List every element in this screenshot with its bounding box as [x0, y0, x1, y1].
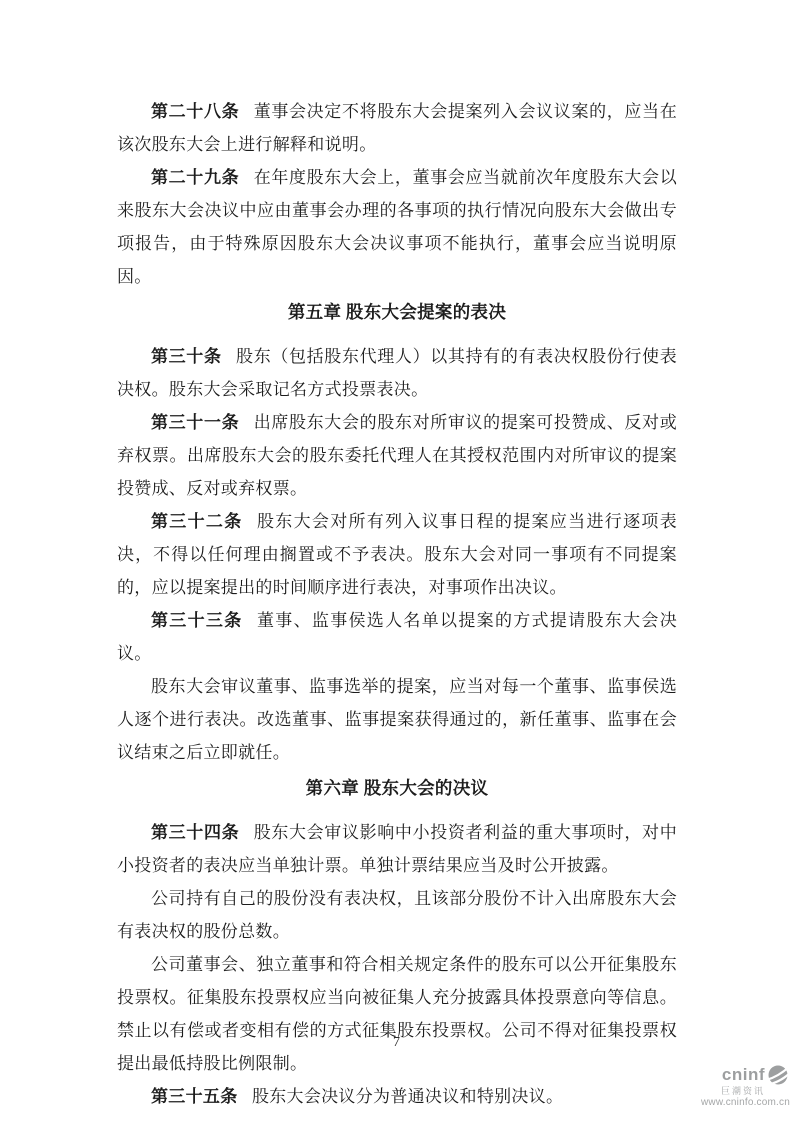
document-page: { "document": { "blocks": [ { "type": "a… [0, 0, 793, 1122]
cninfo-logo-icon [766, 1064, 790, 1086]
article-number: 第二十九条 [151, 168, 239, 187]
article-paragraph: 第三十条股东（包括股东代理人）以其持有的有表决权股份行使表决权。股东大会采取记名… [117, 340, 677, 406]
cninfo-logo: cninf 巨潮资讯 www.cninfo.com.cn [698, 1064, 790, 1109]
article-number: 第三十四条 [151, 823, 239, 842]
article-number: 第三十二条 [151, 512, 243, 531]
article-paragraph: 第二十九条在年度股东大会上，董事会应当就前次年度股东大会以来股东大会决议中应由董… [117, 161, 677, 293]
article-number: 第三十一条 [151, 413, 239, 432]
body-paragraph: 公司持有自己的股份没有表决权，且该部分股份不计入出席股东大会有表决权的股份总数。 [117, 882, 677, 948]
body-paragraph: 股东大会审议董事、监事选举的提案，应当对每一个董事、监事侯选人逐个进行表决。改选… [117, 670, 677, 769]
article-paragraph: 第三十四条股东大会审议影响中小投资者利益的重大事项时，对中小投资者的表决应当单独… [117, 816, 677, 882]
page-number: 7 [0, 1035, 793, 1051]
paragraph-text: 公司董事会、独立董事和符合相关规定条件的股东可以公开征集股东投票权。征集股东投票… [117, 955, 677, 1073]
body-paragraph: 公司董事会、独立董事和符合相关规定条件的股东可以公开征集股东投票权。征集股东投票… [117, 948, 677, 1080]
cninfo-url: www.cninfo.com.cn [698, 1097, 790, 1109]
article-paragraph: 第三十一条出席股东大会的股东对所审议的提案可投赞成、反对或弃权票。出席股东大会的… [117, 406, 677, 505]
article-paragraph: 第二十八条董事会决定不将股东大会提案列入会议议案的，应当在该次股东大会上进行解释… [117, 95, 677, 161]
paragraph-text: 公司持有自己的股份没有表决权，且该部分股份不计入出席股东大会有表决权的股份总数。 [117, 889, 677, 941]
article-number: 第二十八条 [151, 102, 239, 121]
document-body: 第二十八条董事会决定不将股东大会提案列入会议议案的，应当在该次股东大会上进行解释… [117, 95, 677, 1113]
article-paragraph: 第三十五条股东大会决议分为普通决议和特别决议。 [117, 1080, 677, 1113]
cninfo-brand: cninf [722, 1066, 765, 1084]
paragraph-text: 股东大会审议董事、监事选举的提案，应当对每一个董事、监事侯选人逐个进行表决。改选… [117, 677, 677, 762]
article-paragraph: 第三十三条董事、监事侯选人名单以提案的方式提请股东大会决议。 [117, 604, 677, 670]
article-number: 第三十条 [151, 347, 222, 366]
article-text: 股东大会决议分为普通决议和特别决议。 [252, 1087, 563, 1106]
article-paragraph: 第三十二条股东大会对所有列入议事日程的提案应当进行逐项表决，不得以任何理由搁置或… [117, 505, 677, 604]
cninfo-logo-row: cninf [698, 1064, 790, 1086]
chapter-heading: 第六章 股东大会的决议 [117, 772, 677, 805]
cninfo-name: 巨潮资讯 [698, 1086, 765, 1096]
article-number: 第三十三条 [151, 611, 243, 630]
article-number: 第三十五条 [151, 1087, 238, 1106]
chapter-heading: 第五章 股东大会提案的表决 [117, 296, 677, 329]
